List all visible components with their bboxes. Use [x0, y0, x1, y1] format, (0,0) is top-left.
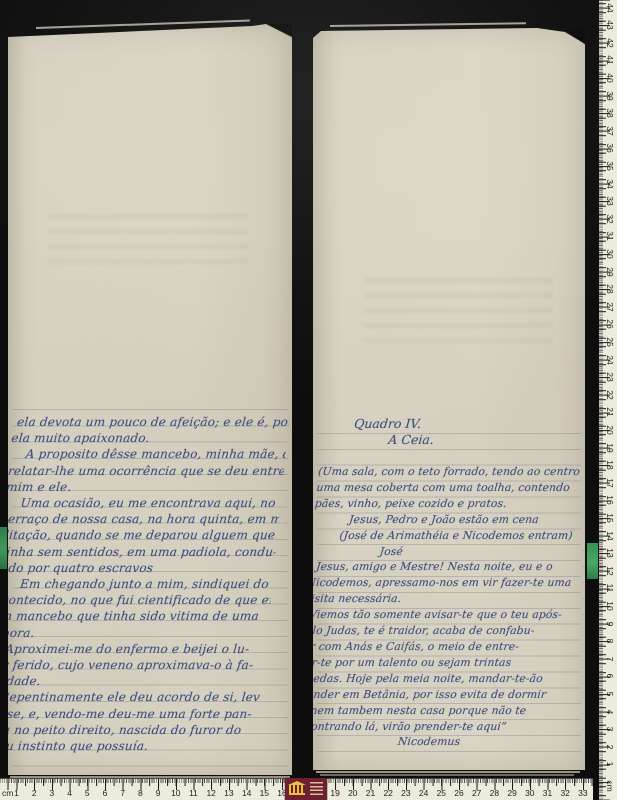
ruler-number: 21 [605, 405, 615, 419]
handwriting-line: mim e ele. [5, 479, 283, 495]
ruler-number: 32 [605, 212, 615, 226]
ruler-number: 40 [605, 71, 615, 85]
ruler-number: 35 [605, 159, 615, 173]
handwriting-line: acontecido, no que fui cientificado de q… [0, 592, 271, 608]
handwriting-line: tou-se, e, vendo-me deu-me uma forte pan… [0, 706, 259, 722]
ruler-number: 12 [605, 564, 615, 578]
ruler-number: 7 [120, 788, 125, 798]
page-edge [36, 20, 250, 29]
ruler-number: 39 [605, 89, 615, 103]
ruler-number: 4 [67, 788, 72, 798]
ruler-number: 36 [605, 141, 615, 155]
ruler-number: 1 [14, 788, 19, 798]
page-edge [10, 776, 290, 778]
left-page: ela devota um pouco de afeição; e ele é,… [8, 24, 292, 775]
archive-logo-stamp [285, 778, 327, 800]
handwriting-line: relatar-lhe uma ocorrência que se deu en… [7, 463, 285, 479]
ruler-number: 8 [605, 634, 615, 648]
handwriting-line: ela devota um pouco de afeição; e ele é,… [12, 414, 290, 430]
ruler-number: 9 [156, 788, 161, 798]
ruler-number: 5 [605, 687, 615, 701]
page-edge [320, 774, 574, 776]
handwriting-line: mau instinto que possuía. [0, 738, 256, 754]
ruler-number: 30 [525, 788, 534, 798]
ruler-number: 32 [560, 788, 569, 798]
ruler-number: 14 [605, 529, 615, 543]
ruler-number: 23 [401, 788, 410, 798]
ruler-number: 16 [605, 493, 615, 507]
ruler-number: 5 [85, 788, 90, 798]
ruler-number: 6 [605, 669, 615, 683]
ruler-number: 1 [605, 757, 615, 771]
ruler-number: 15 [605, 511, 615, 525]
ruler-number: 2 [32, 788, 37, 798]
handwriting-line: um mancebo que tinha sido vitima de uma [0, 608, 270, 624]
ruler-number: 31 [605, 229, 615, 243]
ruler-number: 3 [50, 788, 55, 798]
handwriting-line: (José de Arimathéia e Nicodemos entram) [311, 528, 577, 544]
handwriting-line: lá; nem tambem nesta casa porque não te [292, 703, 558, 719]
ruler-number: 38 [605, 106, 615, 120]
ruler-number: 34 [605, 177, 615, 191]
ruler-number: 28 [605, 282, 615, 296]
ruler-number: 28 [490, 788, 499, 798]
ink-bleedthrough [48, 214, 248, 274]
handwriting-line: José [309, 544, 575, 560]
ruler-number: 44 [605, 1, 615, 15]
ruler-number: 6 [103, 788, 108, 798]
ruler-number: 25 [437, 788, 446, 798]
handwriting-line: A proposito dêsse mancebo, minha mãe, de… [9, 446, 287, 462]
handwriting-line: Quadro IV. [345, 416, 436, 432]
ruler-number: 22 [383, 788, 392, 798]
ruler-number: 3 [605, 722, 615, 736]
right-page: Quadro IV.A Ceia. (Uma sala, com o teto … [313, 28, 585, 770]
ruler-number: 27 [605, 300, 615, 314]
ruler-number: 41 [605, 53, 615, 67]
handwriting-line: visita necessária. [304, 591, 570, 607]
manuscript-scan: ela devota um pouco de afeição; e ele é,… [0, 0, 617, 800]
ruler-number: 26 [454, 788, 463, 798]
ruler-number: 33 [578, 788, 587, 798]
ruler-number: 24 [605, 353, 615, 367]
handwriting-line: ditação, quando se me deparou alguem que [0, 527, 278, 543]
right-page-text: (Uma sala, com o teto forrado, tendo ao … [289, 464, 583, 750]
ruler-number: 26 [605, 317, 615, 331]
handwriting-line: zido por quatro escravos [0, 560, 275, 576]
ruler-number: 17 [605, 476, 615, 490]
handwriting-line: pães, vinho, peixe cozido e pratos. [314, 496, 580, 512]
ruler-number: 19 [605, 441, 615, 455]
ruler-number: 4 [605, 705, 615, 719]
scene-heading: Quadro IV.A Ceia. [344, 416, 437, 447]
ruler-number: 9 [605, 617, 615, 631]
ruler-number: 23 [605, 370, 615, 384]
handwriting-line: Aproximei-me do enfermo e beijei o lu- [0, 641, 266, 657]
handwriting-line: encontrando lá, virão prender-te aqui” [291, 719, 557, 735]
ruler-number: 25 [605, 335, 615, 349]
handwriting-line: terraço de nossa casa, na hora quinta, e… [2, 511, 280, 527]
handwriting-line: talidade. [0, 673, 263, 689]
ink-bleedthrough [363, 278, 553, 348]
ruler-number: 12 [206, 788, 215, 798]
green-mat-sliver [587, 543, 598, 579]
ruler-number: 13 [224, 788, 233, 798]
handwriting-line: uma mesa coberta com uma toalha, contend… [316, 480, 582, 496]
ruler-number: 11 [605, 581, 615, 595]
handwriting-line: Nicodemos, apressamo-nos em vir fazer-te… [306, 575, 572, 591]
ruler-number: 27 [472, 788, 481, 798]
ruler-unit-label: cm [2, 788, 13, 798]
ruler-number: 10 [605, 599, 615, 613]
logo-text-lines [310, 782, 323, 796]
ruler-number: 13 [605, 546, 615, 560]
handwriting-line: prender em Betânia, por isso evita de do… [294, 687, 560, 703]
ruler-number: 10 [171, 788, 180, 798]
ruler-number: 24 [419, 788, 428, 798]
ruler-number: 43 [605, 18, 615, 32]
ruler-number: 21 [366, 788, 375, 798]
handwriting-line: Jesus, Pedro e João estão em cena [312, 512, 578, 528]
handwriting-line: gar ferido, cujo veneno aproximava-o à f… [0, 657, 264, 673]
ruler-number: 42 [605, 36, 615, 50]
left-page-text: ela devota um pouco de afeição; e ele é,… [0, 414, 290, 754]
ruler-number: 11 [189, 788, 198, 798]
ruler-number: 14 [242, 788, 251, 798]
handwriting-line: ela muito apaixonado. [11, 430, 289, 446]
handwriting-line: víbora. [0, 625, 268, 641]
handwriting-line: gar-te por um talento ou sejam trintas [297, 655, 563, 671]
ruler-number: 20 [605, 423, 615, 437]
ruler-number: 29 [605, 265, 615, 279]
ruler-number: 37 [605, 124, 615, 138]
handwriting-line: (Uma sala, com o teto forrado, tendo ao … [317, 464, 583, 480]
ruler-number: 15 [260, 788, 269, 798]
handwriting-line: vinha sem sentidos, em uma padiola, cond… [0, 544, 276, 560]
handwriting-line: cada no peito direito, nascida do furor … [0, 722, 258, 738]
ruler-number: 2 [605, 740, 615, 754]
ruler-number: 30 [605, 247, 615, 261]
handwriting-line: “Viemos tão somente avisar-te que o teu … [302, 607, 568, 623]
green-mat-sliver [0, 527, 7, 569]
archive-building-icon [288, 781, 306, 796]
ruler-number: 19 [330, 788, 339, 798]
ruler-number: 33 [605, 194, 615, 208]
handwriting-line: moedas. Hoje pela meia noite, mandar-te-… [296, 671, 562, 687]
ruler-right: cm 1234567891011121314151617181920212223… [599, 0, 617, 800]
handwriting-line: tolo Judas, te é traidor, acaba de confa… [301, 623, 567, 639]
handwriting-line: Nicodemus [289, 734, 555, 750]
ruler-number: 18 [605, 458, 615, 472]
handwriting-line: lar com Anás e Caifás, o meio de entre- [299, 639, 565, 655]
ruler-number: 7 [605, 652, 615, 666]
ruler-number: 20 [348, 788, 357, 798]
ruler-number: 8 [138, 788, 143, 798]
handwriting-line: Uma ocasião, eu me encontrava aqui, no [4, 495, 282, 511]
ruler-number: 31 [543, 788, 552, 798]
ruler-number: 29 [507, 788, 516, 798]
handwriting-line: Repentinamente ele deu acordo de si, lev… [0, 689, 261, 705]
handwriting-line: A Ceia. [344, 432, 435, 448]
page-edge [330, 22, 526, 26]
ruler-number: 22 [605, 388, 615, 402]
handwriting-line: Jesus, amigo e Mestre! Nesta noite, eu e… [307, 559, 573, 575]
ruler-unit-label: cm [605, 779, 615, 793]
handwriting-line: Em chegando junto a mim, sindiquei do [0, 576, 273, 592]
